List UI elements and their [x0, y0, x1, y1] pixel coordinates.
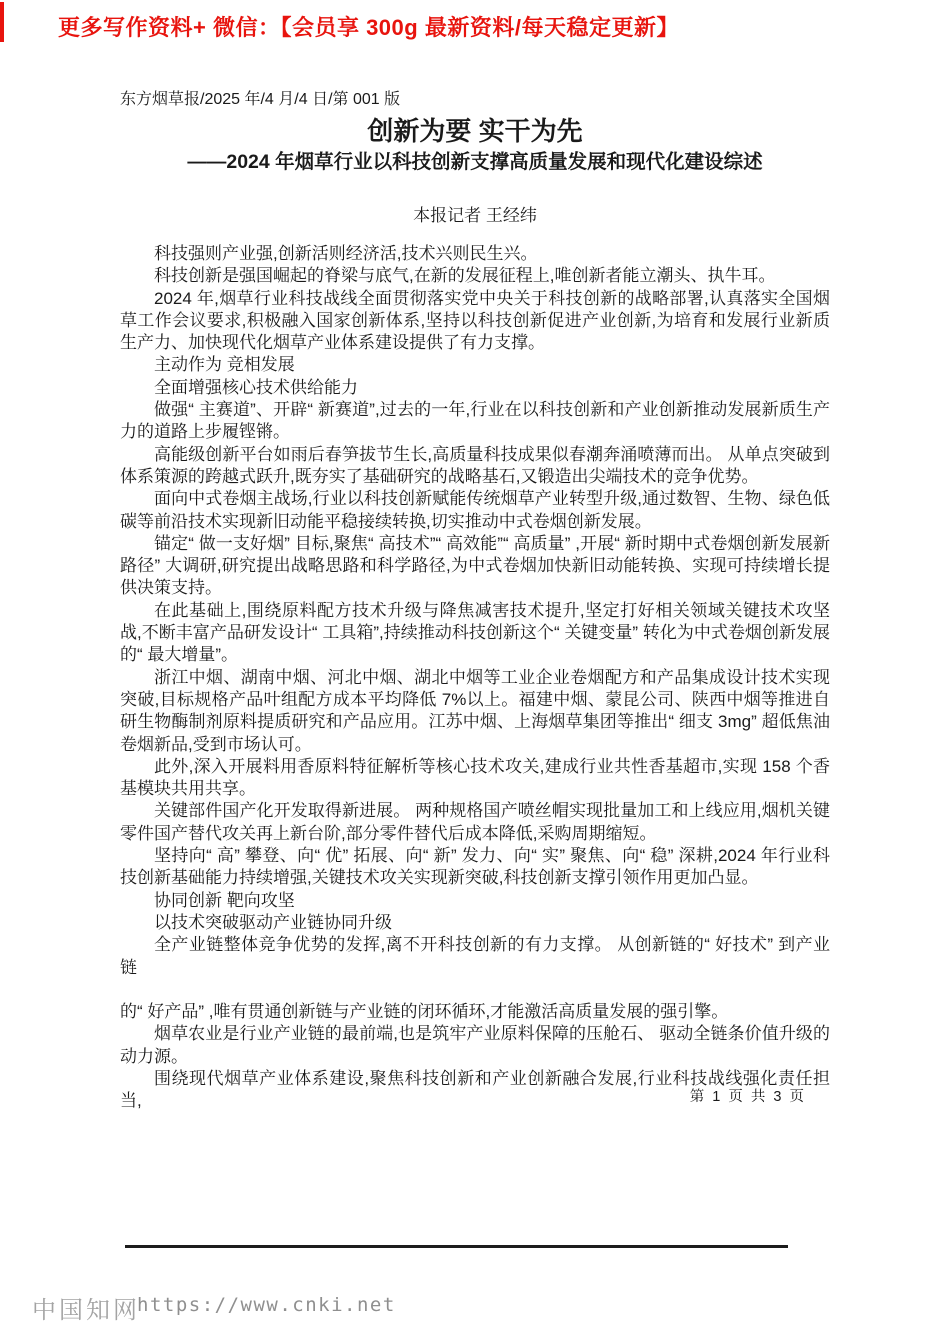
- section-heading: 全面增强核心技术供给能力: [120, 377, 830, 399]
- article-body: 科技强则产业强,创新活则经济活,技术兴则民生兴。科技创新是强国崛起的脊梁与底气,…: [120, 243, 830, 1113]
- article-title: 创新为要 实干为先: [120, 114, 830, 148]
- paragraph: 全产业链整体竞争优势的发挥,离不开科技创新的有力支撑。 从创新链的“ 好技术” …: [120, 934, 830, 979]
- section-heading: 协同创新 靶向攻坚: [120, 890, 830, 912]
- paragraph: 在此基础上,围绕原料配方技术升级与降焦减害技术提升,坚定打好相关领域关键技术攻坚…: [120, 600, 830, 667]
- paragraph: 2024 年,烟草行业科技战线全面贯彻落实党中央关于科技创新的战略部署,认真落实…: [120, 288, 830, 355]
- page-number-indicator: 第 1 页 共 3 页: [120, 1085, 830, 1106]
- paragraph: 做强“ 主赛道”、开辟“ 新赛道”,过去的一年,行业在以科技创新和产业创新推动发…: [120, 399, 830, 444]
- promo-banner: 更多写作资料+ 微信：【会员享 300g 最新资料/每天稳定更新】: [58, 11, 679, 42]
- paragraph: 科技强则产业强,创新活则经济活,技术兴则民生兴。: [120, 243, 830, 265]
- document-page: 东方烟草报/2025 年/4 月/4 日/第 001 版 创新为要 实干为先 —…: [120, 90, 830, 1113]
- paragraph: 关键部件国产化开发取得新进展。 两种规格国产喷丝帽实现批量加工和上线应用,烟机关…: [120, 800, 830, 845]
- paragraph: 此外,深入开展料用香原料特征解析等核心技术攻关,建成行业共性香基超市,实现 15…: [120, 756, 830, 801]
- paragraph: 浙江中烟、湖南中烟、河北中烟、湖北中烟等工业企业卷烟配方和产品集成设计技术实现突…: [120, 667, 830, 756]
- paragraph: 科技创新是强国崛起的脊梁与底气,在新的发展征程上,唯创新者能立潮头、执牛耳。: [120, 265, 830, 287]
- publication-source-line: 东方烟草报/2025 年/4 月/4 日/第 001 版: [120, 90, 830, 110]
- paragraph: 的“ 好产品” ,唯有贯通创新链与产业链的闭环循环,才能激活高质量发展的强引擎。: [120, 1001, 830, 1023]
- paragraph: 面向中式卷烟主战场,行业以科技创新赋能传统烟草产业转型升级,通过数智、生物、绿色…: [120, 488, 830, 533]
- article-byline: 本报记者 王经纬: [120, 201, 830, 226]
- paragraph: 坚持向“ 高” 攀登、向“ 优” 拓展、向“ 新” 发力、向“ 实” 聚焦、向“…: [120, 845, 830, 890]
- cnki-watermark-url: https://www.cnki.net: [137, 1294, 396, 1316]
- paragraph: 高能级创新平台如雨后春笋拔节生长,高质量科技成果似春潮奔涌喷薄而出。 从单点突破…: [120, 444, 830, 489]
- section-heading: 以技术突破驱动产业链协同升级: [120, 912, 830, 934]
- page-edge-red-mark: [0, 2, 4, 42]
- paragraph: 烟草农业是行业产业链的最前端,也是筑牢产业原料保障的压舱石、 驱动全链条价值升级…: [120, 1023, 830, 1068]
- article-subtitle: ——2024 年烟草行业以科技创新支撑高质量发展和现代化建设综述: [120, 148, 830, 176]
- footer-divider-line: [125, 1245, 788, 1248]
- section-heading: 主动作为 竞相发展: [120, 354, 830, 376]
- cnki-watermark-name: 中国知网: [32, 1290, 140, 1325]
- paragraph: 锚定“ 做一支好烟” 目标,聚焦“ 高技术”“ 高效能”“ 高质量” ,开展“ …: [120, 533, 830, 600]
- paragraph-gap: [120, 979, 830, 1001]
